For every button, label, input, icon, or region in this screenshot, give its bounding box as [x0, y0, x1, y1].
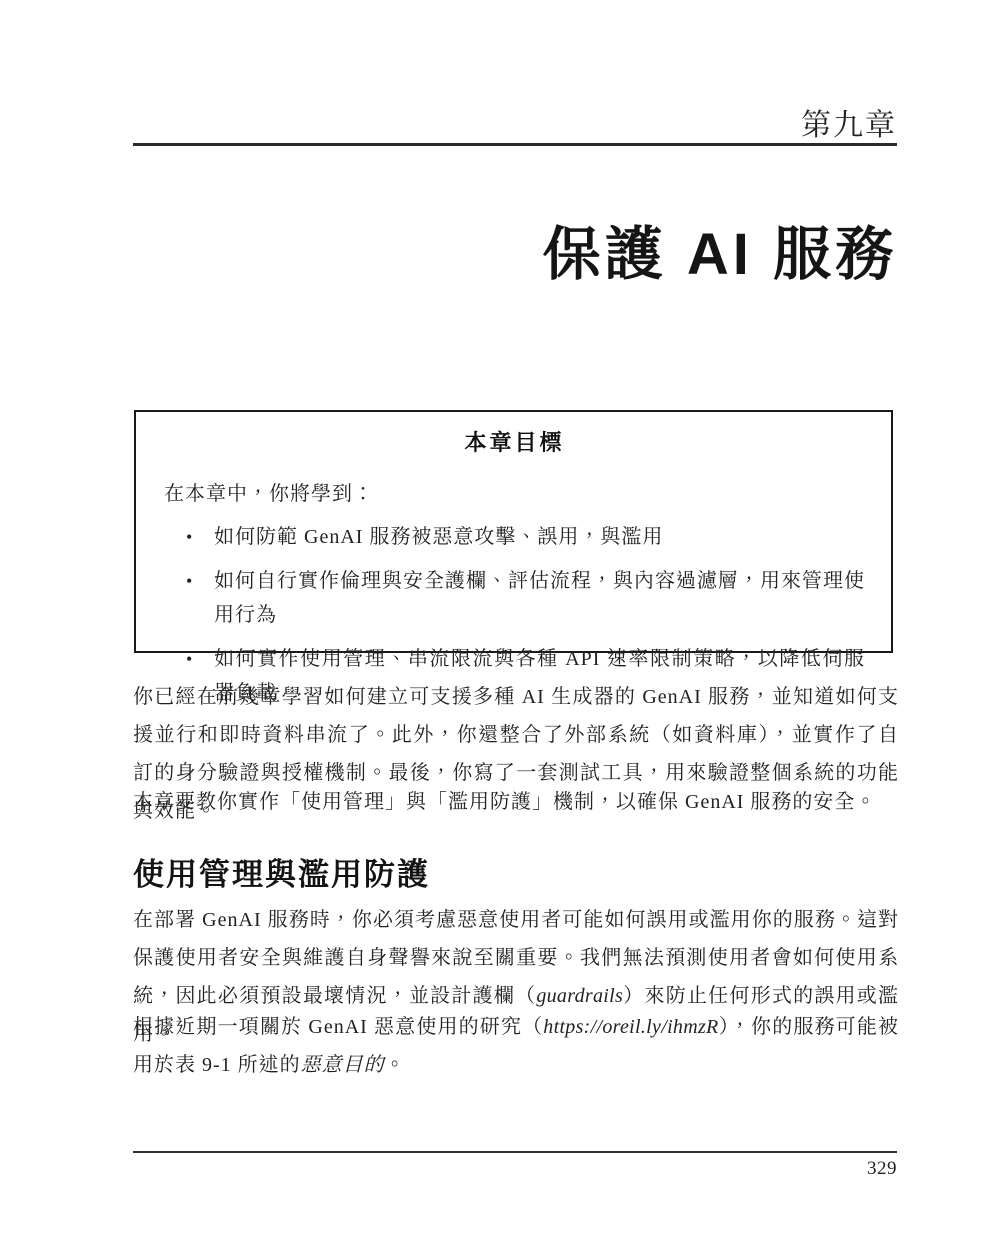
- intro-paragraph-2: 本章要教你實作「使用管理」與「濫用防護」機制，以確保 GenAI 服務的安全。: [133, 783, 899, 821]
- objectives-box-title: 本章目標: [164, 426, 865, 457]
- table-title-reference: 惡意目的: [301, 1054, 385, 1076]
- objective-item: • 如何防範 GenAI 服務被惡意攻擊、誤用，與濫用: [164, 520, 865, 554]
- objective-text: 如何自行實作倫理與安全護欄、評估流程，與內容過濾層，用來管理使用行為: [214, 564, 865, 632]
- chapter-title: 保護 AI 服務: [543, 207, 897, 291]
- chapter-rule: [133, 143, 897, 146]
- objective-text: 如何防範 GenAI 服務被惡意攻擊、誤用，與濫用: [214, 520, 865, 554]
- bullet-icon: •: [164, 642, 214, 676]
- objective-item: • 如何自行實作倫理與安全護欄、評估流程，與內容過濾層，用來管理使用行為: [164, 564, 865, 632]
- section-heading: 使用管理與濫用防護: [133, 849, 430, 894]
- objectives-box: 本章目標 在本章中，你將學到： • 如何防範 GenAI 服務被惡意攻擊、誤用，…: [134, 410, 893, 653]
- usage-paragraph-2-period: 。: [385, 1054, 406, 1076]
- bullet-icon: •: [164, 520, 214, 554]
- chapter-label: 第九章: [801, 100, 897, 144]
- guardrails-term: guardrails: [536, 985, 623, 1007]
- page-number: 329: [867, 1158, 897, 1180]
- study-link: https://oreil.ly/ihmzR: [543, 1016, 718, 1038]
- objectives-intro: 在本章中，你將學到：: [164, 477, 865, 506]
- bullet-icon: •: [164, 564, 214, 598]
- usage-paragraph-2: 根據近期一項關於 GenAI 惡意使用的研究（https://oreil.ly/…: [133, 1008, 899, 1084]
- book-page: 第九章 保護 AI 服務 本章目標 在本章中，你將學到： • 如何防範 GenA…: [0, 0, 1000, 1242]
- footer-rule: [133, 1151, 897, 1153]
- usage-paragraph-2-text: 根據近期一項關於 GenAI 惡意使用的研究（: [133, 1016, 543, 1038]
